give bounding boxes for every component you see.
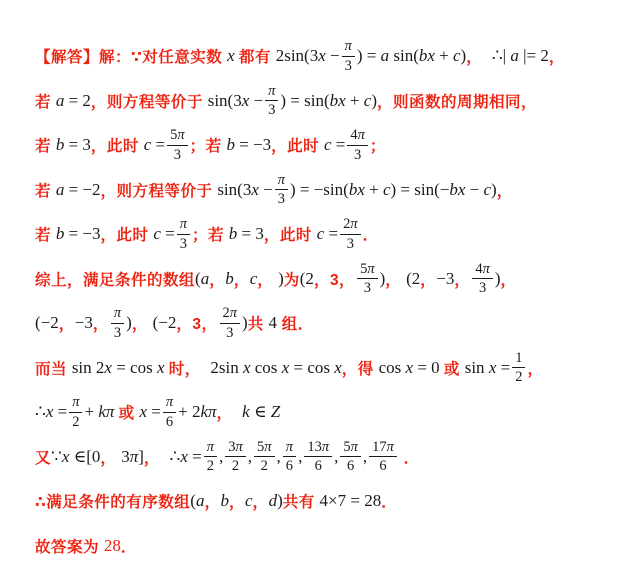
fraction-numerator: π <box>177 216 190 235</box>
solution-line-3: 若 b = 3，此时 c =5π3；若 b = −3，此时 c =4π3； <box>35 123 626 168</box>
text-segment: ，此时 <box>271 134 324 156</box>
text-segment: 若 <box>35 179 56 201</box>
solution-line-11: ∴满足条件的有序数组(a，b，c，d)共有 4×7 = 28． <box>35 479 626 524</box>
math-segment: ) = sin(bx + c) <box>280 91 377 111</box>
math-segment: −3 <box>75 313 93 333</box>
math-segment: sin 2x = cos x <box>72 358 169 378</box>
text-segment: ；若 <box>190 134 227 156</box>
fraction-denominator: 3 <box>268 101 275 119</box>
fraction: π3 <box>265 83 278 119</box>
solution-line-2: 若 a = 2，则方程等价于 sin(3x −π3) = sin(bx + c)… <box>35 79 626 124</box>
text-segment: 共 <box>248 312 269 334</box>
fraction: 13π6 <box>304 439 332 475</box>
text-segment: ， <box>229 490 245 512</box>
text-segment: ， <box>497 179 513 201</box>
fraction-numerator: 5π <box>167 127 188 146</box>
fraction-numerator: π <box>342 38 355 57</box>
math-segment: 2sin(3x − <box>276 46 340 66</box>
fraction-numerator: 2π <box>340 216 361 235</box>
math-segment: , <box>277 447 281 467</box>
text-segment: ， <box>132 312 153 334</box>
math-segment: 28 <box>104 536 121 556</box>
fraction-denominator: 3 <box>345 57 352 75</box>
text-segment: ， <box>385 268 406 290</box>
fraction: 17π6 <box>369 439 397 475</box>
text-segment: ， <box>466 45 492 67</box>
text-segment: 若 <box>35 223 56 245</box>
fraction-denominator: 3 <box>180 235 187 253</box>
math-segment: (−2 <box>35 313 59 333</box>
math-segment: 4×7 = 28 <box>320 491 382 511</box>
fraction: 5π3 <box>167 127 188 163</box>
fraction-numerator: π <box>69 394 82 413</box>
fraction-denominator: 6 <box>347 457 354 475</box>
text-segment: ，则方程等价于 <box>101 179 218 201</box>
fraction-numerator: π <box>204 439 217 458</box>
math-segment: 3π] <box>121 447 144 467</box>
text-segment: 或 <box>119 401 140 423</box>
text-segment: 组． <box>277 312 314 334</box>
fraction: π3 <box>275 172 288 208</box>
fraction-numerator: 4π <box>472 261 493 280</box>
math-segment: (a <box>190 491 204 511</box>
fraction-denominator: 3 <box>174 146 181 164</box>
text-segment: 【解答】解：∵对任意实数 <box>35 45 227 67</box>
text-segment: ， <box>217 401 243 423</box>
text-segment: ． <box>381 490 397 512</box>
fraction-denominator: 6 <box>315 457 322 475</box>
fraction: 2π3 <box>340 216 361 252</box>
fraction: 4π3 <box>347 127 368 163</box>
fraction: π2 <box>69 394 82 430</box>
text-segment: ， <box>253 490 269 512</box>
solution-line-10: 又∵x ∈[0， 3π]， ∴x =π2,3π2,5π2,π6,13π6,5π6… <box>35 435 626 480</box>
math-segment: −3 <box>436 269 454 289</box>
text-segment: ． <box>363 223 379 245</box>
text-segment: 又 <box>35 446 51 468</box>
math-segment: 4 <box>269 313 278 333</box>
fraction-denominator: 2 <box>261 457 268 475</box>
math-segment: ) = a sin(bx + c) <box>357 46 466 66</box>
text-segment: ， <box>93 312 109 334</box>
fraction: π3 <box>342 38 355 74</box>
text-segment: ， <box>204 490 220 512</box>
math-segment: (2 <box>406 269 420 289</box>
text-segment: 故答案为 <box>35 535 104 557</box>
fraction-numerator: π <box>163 394 176 413</box>
solution-line-6: 综上，满足条件的数组(a，b，c， )为(2，3，5π3)， (2，−3，4π3… <box>35 257 626 302</box>
math-segment: b = 3 <box>229 224 264 244</box>
math-segment: sin(3x − <box>208 91 263 111</box>
text-segment: ；若 <box>192 223 229 245</box>
fraction-denominator: 3 <box>354 146 361 164</box>
text-segment: 都有 <box>239 45 276 67</box>
math-segment: c <box>245 491 253 511</box>
text-segment: 为 <box>284 268 300 290</box>
math-segment: , <box>219 447 223 467</box>
math-segment: a = −2 <box>56 180 101 200</box>
solution-line-1: 【解答】解：∵对任意实数 x 都有 2sin(3x −π3) = a sin(b… <box>35 34 626 79</box>
text-segment: ，3， <box>176 312 217 334</box>
fraction-numerator: 1 <box>512 350 525 369</box>
solution-line-12: 故答案为 28． <box>35 524 626 569</box>
text-segment: ， <box>234 268 250 290</box>
math-segment: c = <box>144 135 165 155</box>
text-segment: ； <box>370 134 386 156</box>
math-segment: ∴x = <box>170 447 202 467</box>
solution-line-8: 而当 sin 2x = cos x 时， 2sin x cos x = cos … <box>35 346 626 391</box>
math-segment: k ∈ Z <box>242 402 280 422</box>
math-segment: cos x = 0 <box>379 358 444 378</box>
text-segment: ，则方程等价于 <box>91 90 208 112</box>
math-segment: ∵x ∈[0 <box>51 447 100 467</box>
fraction-denominator: 3 <box>479 279 486 297</box>
math-segment: (a <box>195 269 209 289</box>
math-segment: + kπ <box>84 402 118 422</box>
math-segment: (2 <box>300 269 314 289</box>
fraction-denominator: 3 <box>114 324 121 342</box>
fraction-denominator: 3 <box>364 279 371 297</box>
math-segment: c = <box>317 224 338 244</box>
math-segment: + 2kπ <box>178 402 216 422</box>
math-segment: b <box>220 491 229 511</box>
math-segment: c = <box>153 224 174 244</box>
solution-line-9: ∴x =π2+ kπ 或 x =π6+ 2kπ， k ∈ Z <box>35 390 626 435</box>
fraction: 3π2 <box>225 439 246 475</box>
solution-line-4: 若 a = −2，则方程等价于 sin(3x −π3) = −sin(bx + … <box>35 168 626 213</box>
text-segment: ， <box>257 268 278 290</box>
fraction-numerator: π <box>275 172 288 191</box>
fraction-denominator: 2 <box>232 457 239 475</box>
fraction-denominator: 2 <box>72 413 79 431</box>
text-segment: 时， <box>169 357 211 379</box>
math-segment: c = <box>324 135 345 155</box>
math-segment: ∴x = <box>35 402 67 422</box>
solution-line-5: 若 b = −3，此时 c =π3；若 b = 3，此时 c =2π3． <box>35 212 626 257</box>
solution-line-7: (−2，−3，π3)， (−2，3，2π3)共 4 组． <box>35 301 626 346</box>
text-segment: ． <box>121 535 137 557</box>
text-segment: ， <box>59 312 75 334</box>
math-segment: d) <box>269 491 283 511</box>
math-segment: sin(3x − <box>217 180 272 200</box>
text-segment: 综上，满足条件的数组 <box>35 268 195 290</box>
text-segment: ， <box>209 268 225 290</box>
fraction: 5π3 <box>357 261 378 297</box>
math-segment: a = 2 <box>56 91 91 111</box>
math-segment: b = −3 <box>56 224 101 244</box>
fraction-denominator: 2 <box>207 457 214 475</box>
math-segment: , <box>248 447 252 467</box>
fraction-numerator: 4π <box>347 127 368 146</box>
fraction-numerator: 3π <box>225 439 246 458</box>
fraction-numerator: 13π <box>304 439 332 458</box>
fraction-numerator: 5π <box>357 261 378 280</box>
text-segment: ，3， <box>314 268 355 290</box>
fraction-numerator: π <box>265 83 278 102</box>
math-segment: c <box>250 269 258 289</box>
fraction: π3 <box>111 305 124 341</box>
math-segment: b <box>225 269 234 289</box>
text-segment: ，则函数的周期相同， <box>377 90 537 112</box>
text-segment: ， <box>501 268 517 290</box>
fraction: π6 <box>163 394 176 430</box>
text-segment: 共有 <box>283 490 320 512</box>
math-segment: x = <box>139 402 160 422</box>
math-segment: x <box>227 46 239 66</box>
math-segment: sin x = <box>465 358 510 378</box>
text-segment: ，得 <box>342 357 379 379</box>
text-segment: ． <box>399 446 420 468</box>
math-segment: (−2 <box>153 313 177 333</box>
fraction-denominator: 3 <box>278 190 285 208</box>
fraction: 5π2 <box>254 439 275 475</box>
fraction-denominator: 2 <box>515 368 522 386</box>
fraction-denominator: 6 <box>379 457 386 475</box>
text-segment: 而当 <box>35 357 72 379</box>
text-segment: ， <box>100 446 121 468</box>
text-segment: ， <box>527 357 543 379</box>
fraction-numerator: 5π <box>254 439 275 458</box>
fraction: π6 <box>283 439 296 475</box>
text-segment: ， <box>144 446 170 468</box>
text-segment: ∴满足条件的有序数组 <box>35 490 190 512</box>
text-segment: 若 <box>35 90 56 112</box>
math-segment: 2sin x cos x = cos x <box>210 358 341 378</box>
text-segment: ，此时 <box>264 223 317 245</box>
text-segment: 或 <box>444 357 465 379</box>
math-segment: , <box>298 447 302 467</box>
fraction-denominator: 3 <box>347 235 354 253</box>
fraction-numerator: 17π <box>369 439 397 458</box>
text-segment: ，此时 <box>101 223 154 245</box>
math-segment: , <box>363 447 367 467</box>
fraction: π2 <box>204 439 217 475</box>
text-segment: ，此时 <box>91 134 144 156</box>
text-segment: ， <box>420 268 436 290</box>
text-segment: ， <box>454 268 470 290</box>
fraction: 2π3 <box>220 305 241 341</box>
fraction: π3 <box>177 216 190 252</box>
fraction: 4π3 <box>472 261 493 297</box>
fraction-numerator: 5π <box>340 439 361 458</box>
math-segment: , <box>334 447 338 467</box>
fraction-numerator: π <box>283 439 296 458</box>
math-segment: ) = −sin(bx + c) = sin(−bx − c) <box>290 180 497 200</box>
fraction-numerator: π <box>111 305 124 324</box>
fraction-denominator: 6 <box>166 413 173 431</box>
fraction-denominator: 6 <box>286 457 293 475</box>
fraction-numerator: 2π <box>220 305 241 324</box>
fraction: 5π6 <box>340 439 361 475</box>
solution-document: 【解答】解：∵对任意实数 x 都有 2sin(3x −π3) = a sin(b… <box>0 0 642 568</box>
math-segment: ∴| a |= 2 <box>492 46 549 66</box>
fraction-denominator: 3 <box>226 324 233 342</box>
text-segment: ， <box>549 45 565 67</box>
math-segment: b = 3 <box>56 135 91 155</box>
text-segment: 若 <box>35 134 56 156</box>
math-segment: b = −3 <box>226 135 271 155</box>
fraction: 12 <box>512 350 525 386</box>
